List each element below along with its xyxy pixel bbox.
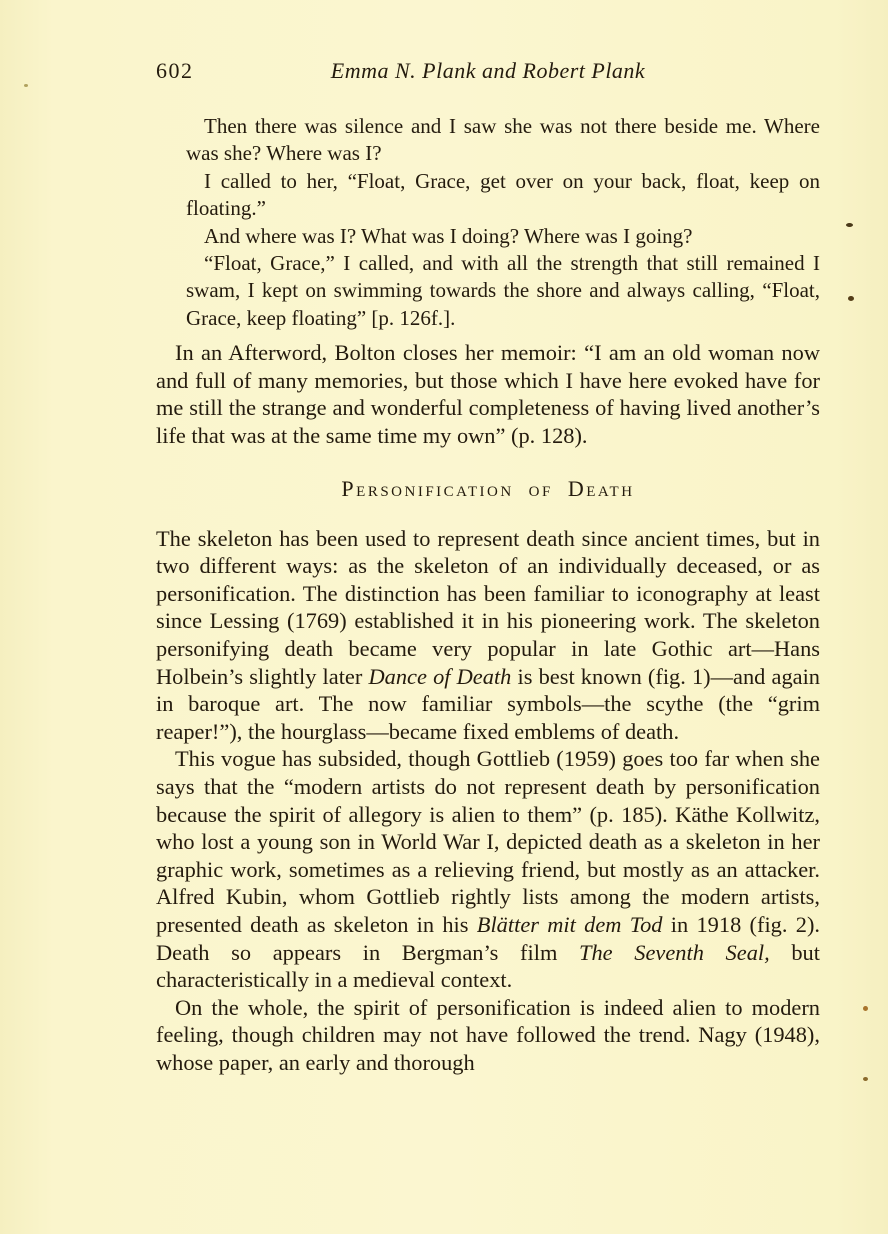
section-heading: Personification of Death [156,476,820,502]
text-run: This vogue has subsided, though Gottlieb… [156,746,820,937]
block-quote: Then there was silence and I saw she was… [186,113,820,332]
book-page: 602 Emma N. Plank and Robert Plank Then … [0,0,888,1234]
scan-speck [846,223,853,227]
work-title-seventh-seal: The Seventh Seal, [579,940,770,965]
page-header: 602 Emma N. Plank and Robert Plank [156,58,820,88]
paragraph-on-the-whole: On the whole, the spirit of personificat… [156,994,820,1077]
scan-speck [863,1077,868,1081]
paragraph-vogue: This vogue has subsided, though Gottlieb… [156,745,820,993]
scan-speck [24,84,28,87]
work-title-blaetter-mit-dem-tod: Blätter mit dem Tod [477,912,663,937]
work-title-dance-of-death: Dance of Death [368,664,511,689]
quote-paragraph: I called to her, “Float, Grace, get over… [186,168,820,223]
scan-speck [863,1006,868,1011]
text-block: 602 Emma N. Plank and Robert Plank Then … [156,58,820,1077]
running-title: Emma N. Plank and Robert Plank [156,58,820,84]
quote-paragraph: And where was I? What was I doing? Where… [186,223,820,250]
page-number: 602 [156,58,194,84]
quote-paragraph: Then there was silence and I saw she was… [186,113,820,168]
scan-speck [848,296,854,301]
paragraph-skeleton: The skeleton has been used to represent … [156,525,820,746]
paragraph-afterword: In an Afterword, Bolton closes her memoi… [156,339,820,449]
quote-paragraph: “Float, Grace,” I called, and with all t… [186,250,820,332]
